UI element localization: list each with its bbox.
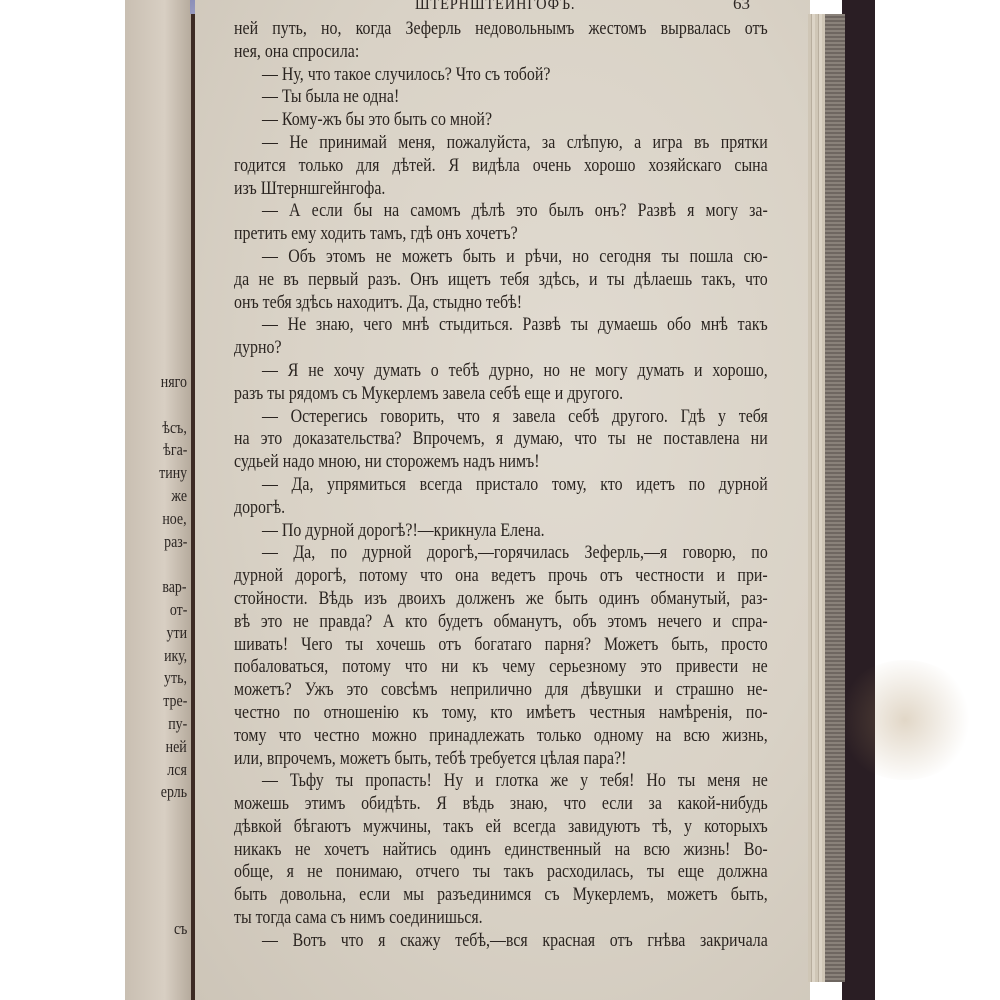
book-cover-edge — [825, 14, 845, 982]
text-line: — Не принимай меня, пожалуйста, за слѣпу… — [234, 132, 769, 155]
page-stain — [835, 660, 975, 780]
text-line: можетъ? Ужъ это совсѣмъ неприлично для д… — [234, 679, 769, 702]
text-line: шивать! Чего ты хочешь отъ богатаго парн… — [234, 634, 769, 657]
left-page-fragment: уть, — [164, 668, 187, 688]
text-line: стойности. Вѣдь изъ двоихъ долженъ же бы… — [234, 588, 769, 611]
text-line: честно по отношенію къ тому, кто имѣетъ … — [234, 702, 769, 725]
text-line: побаловаться, потому что ни къ чему серь… — [234, 656, 769, 679]
text-line: быть довольна, если мы разъединимся съ М… — [234, 884, 769, 907]
text-line: — Да, по дурной дорогѣ,—горячилась Зефер… — [234, 542, 769, 565]
text-line: ты тогда сама съ нимъ соединишься. — [234, 907, 769, 930]
left-page-fragment: от- — [169, 600, 187, 620]
text-line: — Остерегись говорить, что я завела себѣ… — [234, 406, 769, 429]
text-line: — Ну, что такое случилось? Что съ тобой? — [234, 64, 769, 87]
text-line: — По дурной дорогѣ?!—крикнула Елена. — [234, 520, 769, 543]
left-page-fragment: пу- — [168, 714, 187, 734]
text-line: онъ тебя здѣсь находитъ. Да, стыдно тебѣ… — [234, 292, 769, 315]
text-line: ней путь, но, когда Зеферль недовольнымъ… — [234, 18, 769, 41]
background-left — [0, 0, 125, 1000]
text-line: — Вотъ что я скажу тебѣ,—вся красная отъ… — [234, 930, 769, 953]
left-page-fragment: съ — [174, 919, 187, 939]
text-line: нея, она спросила: — [234, 41, 769, 64]
text-line: разъ ты рядомъ съ Мукерлемъ завела себѣ … — [234, 383, 769, 406]
text-line: изъ Штерншгейнгофа. — [234, 178, 769, 201]
text-line: дурно? — [234, 337, 769, 360]
text-line: — Я не хочу думать о тебѣ дурно, но не м… — [234, 360, 769, 383]
text-line: да не въ первый разъ. Онъ ищетъ тебя здѣ… — [234, 269, 769, 292]
text-line: тому что честно можно принадлежать тольк… — [234, 725, 769, 748]
left-page-fragment: ное, — [163, 509, 187, 529]
text-line: претить ему ходить тамъ, гдѣ онъ хочетъ? — [234, 223, 769, 246]
left-page-fragment: ику, — [164, 646, 187, 666]
text-line: — Тьфу ты пропасть! Ну и глотка же у теб… — [234, 770, 769, 793]
running-head: ШТЕРНШТЕЙНГОФЪ. 63 — [200, 0, 790, 16]
text-line: годится только для дѣтей. Я видѣла очень… — [234, 155, 769, 178]
text-line: — Кому-жъ бы это быть со мной? — [234, 109, 769, 132]
left-page-fragment: ерль — [161, 782, 187, 802]
text-line: можешь этимъ обидѣть. Я вѣдь знаю, что е… — [234, 793, 769, 816]
text-line: на это доказательства? Впрочемъ, я думаю… — [234, 428, 769, 451]
left-page-fragment: раз- — [164, 532, 187, 552]
text-line: дорогѣ. — [234, 497, 769, 520]
text-line: — Ты была не одна! — [234, 86, 769, 109]
text-line: дѣвкой бѣгаютъ мужчины, такъ ей всегда з… — [234, 816, 769, 839]
left-page-fragment: тину — [159, 463, 187, 483]
text-line: дурной дорогѣ, потому что она ведетъ про… — [234, 565, 769, 588]
left-page-fragment: ней — [166, 737, 187, 757]
left-page-fragment: вар- — [163, 577, 187, 597]
left-page-fragment: тре- — [163, 691, 187, 711]
text-line: — Объ этомъ не можетъ быть и рѣчи, но се… — [234, 246, 769, 269]
left-page-fragment: ѣсъ, — [163, 418, 187, 438]
running-head-title: ШТЕРНШТЕЙНГОФЪ. — [415, 0, 575, 14]
text-line: никакъ не хочетъ найтись одинъ единствен… — [234, 839, 769, 862]
text-line: обще, я не понимаю, отчего ты такъ расхо… — [234, 861, 769, 884]
text-line: — Не знаю, чего мнѣ стыдиться. Развѣ ты … — [234, 314, 769, 337]
text-line: судьей надо мною, ни сторожемъ надъ нимъ… — [234, 451, 769, 474]
left-page-fragment: же — [171, 486, 187, 506]
left-page-fragment: ути — [166, 623, 187, 643]
body-text: ней путь, но, когда Зеферль недовольнымъ… — [234, 18, 769, 953]
left-page-fragment: ѣга- — [163, 440, 187, 460]
left-page-fragment: няго — [161, 372, 187, 392]
left-page-fragment: лся — [167, 760, 187, 780]
text-line: или, впрочемъ, можетъ быть, тебѣ требует… — [234, 748, 769, 771]
text-line: — А если бы на самомъ дѣлѣ это былъ онъ?… — [234, 200, 769, 223]
text-line: — Да, упрямиться всегда пристало тому, к… — [234, 474, 769, 497]
text-line: вѣ это не правда? А кто будетъ обманутъ,… — [234, 611, 769, 634]
page-number: 63 — [733, 0, 750, 14]
background-right — [875, 0, 1000, 1000]
left-page: нягоѣсъ,ѣга-тинуженое,раз-вар-от-утиику,… — [125, 0, 191, 1000]
